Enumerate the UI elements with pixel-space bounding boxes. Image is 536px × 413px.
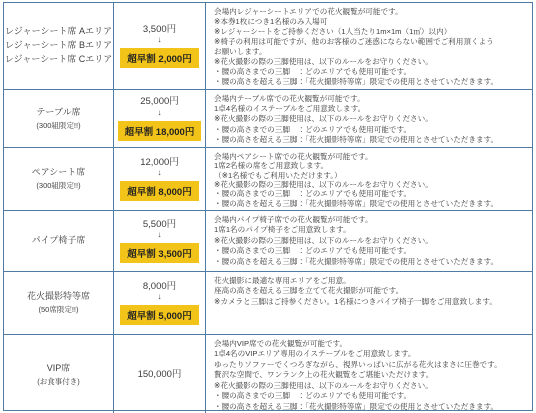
early-bird-price-badge: 超早割 18,000円: [118, 121, 202, 141]
description-cell: 会場内レジャーシートエリアでの花火観覧が可能です。※本券1枚につき1名様のみ入場…: [206, 3, 532, 89]
description-cell: 会場内ペアシート席での花火観覧が可能です。1席2名様の席をご用意致します。（※1…: [206, 148, 532, 210]
price-cell: 150,000円: [114, 335, 206, 413]
price-cell: 3,500円 ↓ 超早割 2,000円: [114, 3, 206, 89]
price-cell: 12,000円 ↓ 超早割 8,000円: [114, 148, 206, 210]
description-line: ※花火撮影の際の三脚使用は、以下のルールをお守りください。: [214, 236, 526, 246]
price-cell: 5,500円 ↓ 超早割 3,500円: [114, 211, 206, 271]
seat-name: ペアシート席: [32, 166, 86, 180]
seat-limit-label: (お食事付き): [37, 376, 80, 387]
seat-limit-label: (300組限定!!): [36, 180, 80, 191]
description-line: ・腰の高さまでの三脚 ：どのエリアでも使用可能です。: [214, 246, 526, 256]
seat-name: レジャーシート席 Aエリア: [5, 25, 112, 39]
down-arrow-icon: ↓: [158, 231, 162, 240]
seat-name-cell: 花火撮影特等席(50席限定!!): [4, 272, 114, 334]
description-line: （※1名様でもご利用いただけます。）: [214, 171, 526, 180]
description-cell: 会場内テーブル席での花火観覧が可能です。1卓4名様のイステーブルをご用意致します…: [206, 90, 532, 147]
regular-price: 150,000円: [138, 369, 182, 380]
description-line: 1卓4名様のイステーブルをご用意致します。: [214, 104, 526, 114]
description-line: ・腰の高さまでの三脚 ：どのエリアでも使用可能です。: [214, 189, 526, 198]
description-line: ・腰の高さを超える三脚：「花火撮影特等席」限定での使用とさせていただきます。: [214, 402, 526, 412]
seat-name: VIP席: [47, 362, 71, 376]
table-row: レジャーシート席 Aエリアレジャーシート席 Bエリアレジャーシート席 Cエリア …: [4, 3, 532, 90]
down-arrow-icon: ↓: [158, 109, 162, 118]
regular-price: 12,000円: [140, 157, 179, 168]
seat-name-cell: テーブル席(300組限定!!): [4, 90, 114, 147]
description-line: ・腰の高さを超える三脚：「花火撮影特等席」限定での使用とさせていただきます。: [214, 135, 526, 145]
description-line: 贅沢な空間で、ワンランク上の花火観覧をご堪能いただけます。: [214, 370, 526, 380]
seat-name: パイプ椅子席: [32, 234, 86, 248]
seat-name: レジャーシート席 Cエリア: [5, 53, 112, 67]
table-row: ペアシート席(300組限定!!) 12,000円 ↓ 超早割 8,000円 会場…: [4, 148, 532, 211]
early-bird-price-badge: 超早割 3,500円: [120, 243, 198, 263]
description-line: 会場内VIP席での花火観覧が可能です。: [214, 339, 526, 349]
description-line: ・腰の高さを超える三脚：「花火撮影特等席」限定での使用とさせていただきます。: [214, 257, 526, 267]
description-line: 1席2名様の席をご用意致します。: [214, 161, 526, 170]
seat-name: レジャーシート席 Bエリア: [5, 39, 112, 53]
table-row: テーブル席(300組限定!!) 25,000円 ↓ 超早割 18,000円 会場…: [4, 90, 532, 148]
table-row: パイプ椅子席 5,500円 ↓ 超早割 3,500円 会場内パイプ椅子席での花火…: [4, 211, 532, 272]
seat-name-cell: レジャーシート席 Aエリアレジャーシート席 Bエリアレジャーシート席 Cエリア: [4, 3, 114, 89]
seat-name-cell: パイプ椅子席: [4, 211, 114, 271]
seat-limit-label: (50席限定!!): [38, 304, 78, 315]
description-cell: 花火撮影に最適な専用エリアをご用意。座高の高さを超える三脚を立てて花火撮影が可能…: [206, 272, 532, 334]
table-row: 花火撮影特等席(50席限定!!) 8,000円 ↓ 超早割 5,000円 花火撮…: [4, 272, 532, 335]
regular-price: 3,500円: [143, 24, 176, 35]
description-cell: 会場内パイプ椅子席での花火観覧が可能です。1席1名のパイプ椅子をご用意致します。…: [206, 211, 532, 271]
description-line: 1卓4名のVIPエリア専用のイステーブルをご用意致します。: [214, 349, 526, 359]
description-line: ※花火撮影の際の三脚使用は、以下のルールをお守りください。: [214, 57, 526, 67]
fireworks-seat-pricing-table: レジャーシート席 Aエリアレジャーシート席 Bエリアレジャーシート席 Cエリア …: [3, 2, 533, 411]
description-line: ※カメラと三脚はご持参ください。1名様につきパイプ椅子一脚をご用意致します。: [214, 297, 526, 307]
description-line: 花火撮影に最適な専用エリアをご用意。: [214, 276, 526, 286]
price-cell: 25,000円 ↓ 超早割 18,000円: [114, 90, 206, 147]
description-line: 1席1名のパイプ椅子をご用意致します。: [214, 225, 526, 235]
seat-limit-label: (300組限定!!): [36, 120, 80, 131]
early-bird-price-badge: 超早割 2,000円: [120, 48, 198, 68]
description-line: ・腰の高さを超える三脚：「花火撮影特等席」限定での使用とさせていただきます。: [214, 199, 526, 208]
down-arrow-icon: ↓: [158, 36, 162, 45]
description-line: ・腰の高さまでの三脚 ：どのエリアでも使用可能です。: [214, 391, 526, 401]
description-line: 会場内ペアシート席での花火観覧が可能です。: [214, 152, 526, 161]
description-line: ※花火撮影の際の三脚使用は、以下のルールをお守りください。: [214, 381, 526, 391]
regular-price: 5,500円: [143, 219, 176, 230]
description-line: 会場内テーブル席での花火観覧が可能です。: [214, 94, 526, 104]
description-line: ・腰の高さを超える三脚：「花火撮影特等席」限定での使用とさせていただきます。: [214, 77, 526, 87]
description-line: 会場内レジャーシートエリアでの花火観覧が可能です。: [214, 7, 526, 17]
seat-name-cell: ペアシート席(300組限定!!): [4, 148, 114, 210]
description-line: ・腰の高さまでの三脚 ：どのエリアでも使用可能です。: [214, 67, 526, 77]
description-line: 座高の高さを超える三脚を立てて花火撮影が可能です。: [214, 286, 526, 296]
early-bird-price-badge: 超早割 5,000円: [120, 305, 198, 325]
regular-price: 25,000円: [140, 96, 179, 107]
down-arrow-icon: ↓: [158, 169, 162, 178]
description-line: ※椅子の利用は可能ですが、他のお客様のご迷惑にならない範囲でご利用頂くよう: [214, 37, 526, 47]
description-line: お願いします。: [214, 47, 526, 57]
description-cell: 会場内VIP席での花火観覧が可能です。1卓4名のVIPエリア専用のイステーブルを…: [206, 335, 532, 413]
price-cell: 8,000円 ↓ 超早割 5,000円: [114, 272, 206, 334]
description-line: ※花火撮影の際の三脚使用は、以下のルールをお守りください。: [214, 180, 526, 189]
description-line: 会場内パイプ椅子席での花火観覧が可能です。: [214, 215, 526, 225]
early-bird-price-badge: 超早割 8,000円: [120, 181, 198, 201]
seat-name-cell: VIP席(お食事付き): [4, 335, 114, 413]
seat-name: 花火撮影特等席: [27, 290, 90, 304]
description-line: ゆったりソファーでくつろぎながら、視界いっぱいに広がる花火はまさに圧巻です。: [214, 360, 526, 370]
table-row: VIP席(お食事付き) 150,000円 会場内VIP席での花火観覧が可能です。…: [4, 335, 532, 413]
seat-name: テーブル席: [36, 106, 80, 120]
description-line: ・腰の高さまでの三脚 ：どのエリアでも使用可能です。: [214, 125, 526, 135]
description-line: ※本券1枚につき1名様のみ入場可: [214, 17, 526, 27]
down-arrow-icon: ↓: [158, 293, 162, 302]
regular-price: 8,000円: [143, 281, 176, 292]
description-line: ※レジャーシートをご持参ください（1人当たり1m×1m（1㎡）以内）: [214, 27, 526, 37]
description-line: ※花火撮影の際の三脚使用は、以下のルールをお守りください。: [214, 114, 526, 124]
